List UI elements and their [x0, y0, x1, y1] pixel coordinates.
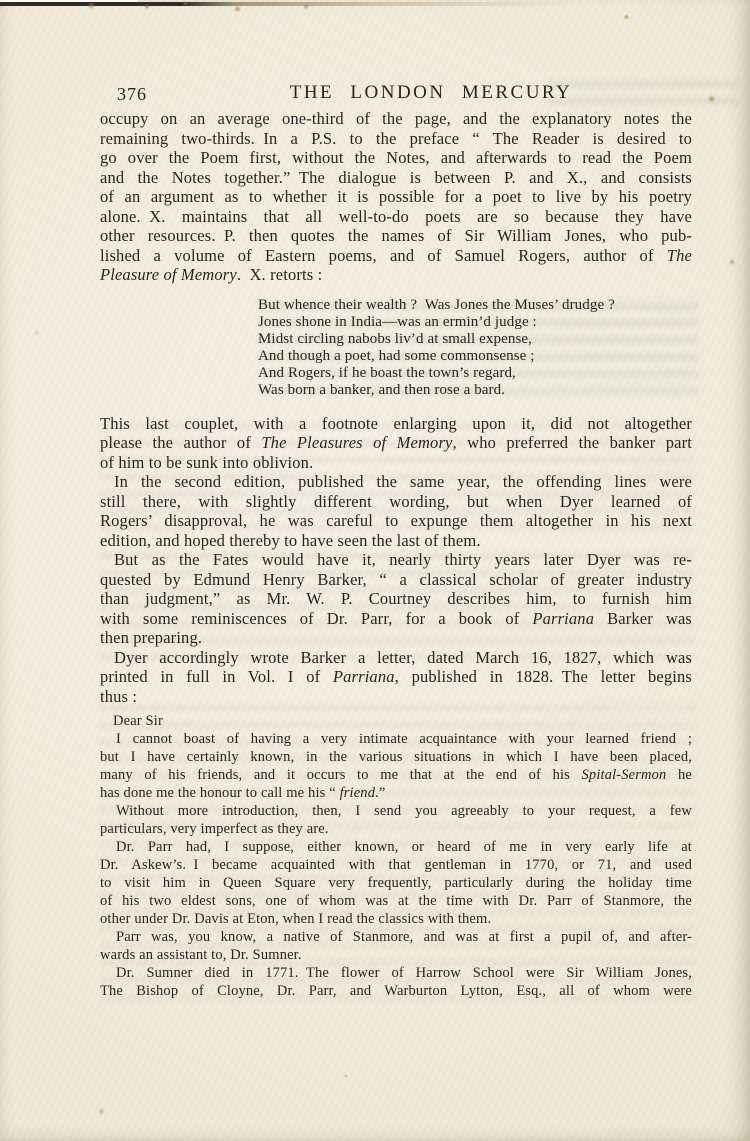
text-segment: to visit him in Queen Square very freque… [100, 875, 692, 891]
text-line: please the author of The Pleasures of Me… [100, 433, 692, 453]
text-line: Dear Sir [100, 712, 692, 730]
text-segment: of his two eldest sons, one of whom was … [100, 893, 692, 909]
text-segment: other resources. P. then quotes the name… [100, 226, 692, 245]
text-segment: But as the Fates would have it, nearly t… [114, 550, 692, 569]
text-segment: alone. X. maintains that all well-to-do … [100, 207, 692, 226]
text-segment: occupy on an average one-third of the pa… [100, 109, 692, 128]
letter-salutation: Dear Sir [100, 712, 692, 730]
text-segment: Barker was [594, 609, 692, 628]
text-line: many of his friends, and it occurs to me… [100, 766, 692, 784]
text-segment: Without more introduction, then, I send … [116, 803, 692, 819]
text-line: and the Notes together.” The dialogue is… [100, 168, 692, 188]
italic-text: friend [340, 785, 376, 801]
text-segment: than judgment,” as Mr. W. P. Courtney de… [100, 589, 692, 608]
text-line: alone. X. maintains that all well-to-do … [100, 207, 692, 227]
paragraph: In the second edition, published the sam… [100, 472, 692, 550]
text-line: Dr. Askew’s. I became acquainted with th… [100, 856, 692, 874]
italic-text: Parriana [333, 667, 395, 686]
scan-top-edge-highlight [0, 0, 138, 2]
foxing-spot [144, 4, 150, 9]
text-line: other under Dr. Davis at Eton, when I re… [100, 910, 692, 928]
text-line: Jones shone in India—was an ermin’d judg… [258, 314, 692, 331]
text-line: of his two eldest sons, one of whom was … [100, 892, 692, 910]
text-line: Was born a banker, and then rose a bard. [258, 382, 692, 399]
text-segment: of him to be sunk into oblivion. [100, 453, 313, 472]
text-segment: Jones shone in India—was an ermin’d judg… [258, 314, 537, 330]
text-segment: then preparing. [100, 628, 202, 647]
book-page: 376 THE LONDON MERCURY occupy on an aver… [0, 0, 750, 1141]
text-segment: he [666, 767, 692, 783]
text-line: Rogers’ disapproval, he was careful to e… [100, 511, 692, 531]
text-line: still there, with slightly different wor… [100, 492, 692, 512]
letter-paragraph: Without more introduction, then, I send … [100, 802, 692, 838]
paragraph: But as the Fates would have it, nearly t… [100, 550, 692, 648]
verse-block: But whence their wealth ? Was Jones the … [258, 297, 692, 399]
text-segment: go over the Poem first, without the Note… [100, 148, 692, 167]
text-line: Without more introduction, then, I send … [100, 802, 692, 820]
text-segment: wards an assistant to, Dr. Sumner. [100, 947, 302, 963]
text-segment: with some reminiscences of Dr. Parr, for… [100, 609, 532, 628]
page-number: 376 [117, 84, 147, 105]
foxing-spot [303, 4, 309, 9]
italic-text: The [667, 246, 692, 265]
text-line: printed in full in Vol. I of Parriana, p… [100, 667, 692, 687]
text-line: But as the Fates would have it, nearly t… [100, 550, 692, 570]
letter-paragraph: Dr. Sumner died in 1771. The flower of H… [100, 964, 692, 1000]
letter-paragraph: Dr. Parr had, I suppose, either known, o… [100, 838, 692, 928]
text-line: thus : [100, 687, 692, 707]
foxing-spot [344, 1074, 348, 1078]
text-line: go over the Poem first, without the Note… [100, 148, 692, 168]
text-line: I cannot boast of having a very intimate… [100, 730, 692, 748]
text-line: Pleasure of Memory. X. retorts : [100, 265, 692, 285]
text-segment: I cannot boast of having a very intimate… [116, 731, 692, 747]
text-line: edition, and hoped thereby to have seen … [100, 531, 692, 551]
text-segment: of an argument as to whether it is possi… [100, 187, 692, 206]
paragraph: Dyer accordingly wrote Barker a letter, … [100, 648, 692, 707]
foxing-spot [98, 1108, 105, 1115]
text-segment: . X. retorts : [237, 265, 323, 284]
text-segment: many of his friends, and it occurs to me… [100, 767, 582, 783]
text-segment: but I have certainly known, in the vario… [100, 749, 692, 765]
text-segment: lished a volume of Eastern poems, and of… [100, 246, 667, 265]
text-segment: thus : [100, 687, 137, 706]
text-line: And Rogers, if he boast the town’s regar… [258, 365, 692, 382]
text-line: to visit him in Queen Square very freque… [100, 874, 692, 892]
text-segment: particulars, very imperfect as they are. [100, 821, 329, 837]
text-segment: Dr. Sumner died in 1771. The flower of H… [116, 965, 692, 981]
text-segment: Was born a banker, and then rose a bard. [258, 382, 505, 398]
text-segment: Dr. Askew’s. I became acquainted with th… [100, 857, 692, 873]
text-line: occupy on an average one-third of the pa… [100, 109, 692, 129]
text-line: Dyer accordingly wrote Barker a letter, … [100, 648, 692, 668]
paragraph: occupy on an average one-third of the pa… [100, 109, 692, 285]
text-segment: other under Dr. Davis at Eton, when I re… [100, 911, 491, 927]
letter-paragraph: Parr was, you know, a native of Stanmore… [100, 928, 692, 964]
text-segment: and the Notes together.” The dialogue is… [100, 168, 692, 187]
text-segment: .” [375, 785, 385, 801]
italic-text: The Pleasures of Memory [261, 433, 452, 452]
text-segment: has done me the honour to call me his “ [100, 785, 340, 801]
text-segment: Dyer accordingly wrote Barker a letter, … [114, 648, 692, 667]
text-segment: , published in 1828. The letter begins [395, 667, 692, 686]
text-line: of him to be sunk into oblivion. [100, 453, 692, 473]
italic-text: Parriana [532, 609, 594, 628]
foxing-spot [234, 6, 241, 12]
scan-top-edge [0, 2, 565, 6]
text-segment: The Bishop of Cloyne, Dr. Parr, and Warb… [100, 983, 692, 999]
letter-paragraph: I cannot boast of having a very intimate… [100, 730, 692, 802]
text-line: Dr. Parr had, I suppose, either known, o… [100, 838, 692, 856]
text-line: other resources. P. then quotes the name… [100, 226, 692, 246]
text-segment: Midst circling nabobs liv’d at small exp… [258, 331, 532, 347]
text-segment: And though a poet, had some commonsense … [258, 348, 535, 364]
page-text: occupy on an average one-third of the pa… [100, 109, 692, 1000]
text-line: wards an assistant to, Dr. Sumner. [100, 946, 692, 964]
text-line: Midst circling nabobs liv’d at small exp… [258, 331, 692, 348]
running-head: 376 THE LONDON MERCURY [100, 82, 692, 106]
foxing-spot [183, 1, 188, 6]
journal-title: THE LONDON MERCURY [100, 82, 692, 104]
foxing-spot [708, 95, 715, 103]
text-segment: But whence their wealth ? Was Jones the … [258, 297, 615, 313]
foxing-spot [624, 14, 629, 20]
text-line: This last couplet, with a footnote enlar… [100, 414, 692, 434]
text-line: with some reminiscences of Dr. Parr, for… [100, 609, 692, 629]
text-segment: Rogers’ disapproval, he was careful to e… [100, 511, 692, 530]
text-segment: And Rogers, if he boast the town’s regar… [258, 365, 516, 381]
foxing-spot [729, 259, 735, 265]
text-line: than judgment,” as Mr. W. P. Courtney de… [100, 589, 692, 609]
text-segment: please the author of [100, 433, 261, 452]
text-line: but I have certainly known, in the vario… [100, 748, 692, 766]
text-segment: Dr. Parr had, I suppose, either known, o… [116, 839, 692, 855]
text-segment: printed in full in Vol. I of [100, 667, 333, 686]
text-line: And though a poet, had some commonsense … [258, 348, 692, 365]
text-line: The Bishop of Cloyne, Dr. Parr, and Warb… [100, 982, 692, 1000]
text-line: lished a volume of Eastern poems, and of… [100, 246, 692, 266]
text-line: remaining two-thirds. In a P.S. to the p… [100, 129, 692, 149]
text-segment: remaining two-thirds. In a P.S. to the p… [100, 129, 692, 148]
text-segment: edition, and hoped thereby to have seen … [100, 531, 481, 550]
text-line: of an argument as to whether it is possi… [100, 187, 692, 207]
text-line: In the second edition, published the sam… [100, 472, 692, 492]
foxing-spot [88, 2, 95, 9]
text-line: particulars, very imperfect as they are. [100, 820, 692, 838]
text-line: But whence their wealth ? Was Jones the … [258, 297, 692, 314]
text-segment: In the second edition, published the sam… [114, 472, 692, 491]
text-line: then preparing. [100, 628, 692, 648]
text-line: has done me the honour to call me his “ … [100, 784, 692, 802]
paragraph: This last couplet, with a footnote enlar… [100, 414, 692, 473]
text-segment: still there, with slightly different wor… [100, 492, 692, 511]
text-segment: Parr was, you know, a native of Stanmore… [116, 929, 692, 945]
text-line: Parr was, you know, a native of Stanmore… [100, 928, 692, 946]
text-segment: Dear Sir [113, 713, 163, 729]
text-line: quested by Edmund Henry Barker, “ a clas… [100, 570, 692, 590]
foxing-spot [34, 330, 39, 335]
text-line: Dr. Sumner died in 1771. The flower of H… [100, 964, 692, 982]
text-segment: quested by Edmund Henry Barker, “ a clas… [100, 570, 692, 589]
italic-text: Spital-Sermon [582, 767, 667, 783]
text-segment: , who preferred the banker part [453, 433, 692, 452]
text-segment: This last couplet, with a footnote enlar… [100, 414, 692, 433]
italic-text: Pleasure of Memory [100, 265, 237, 284]
